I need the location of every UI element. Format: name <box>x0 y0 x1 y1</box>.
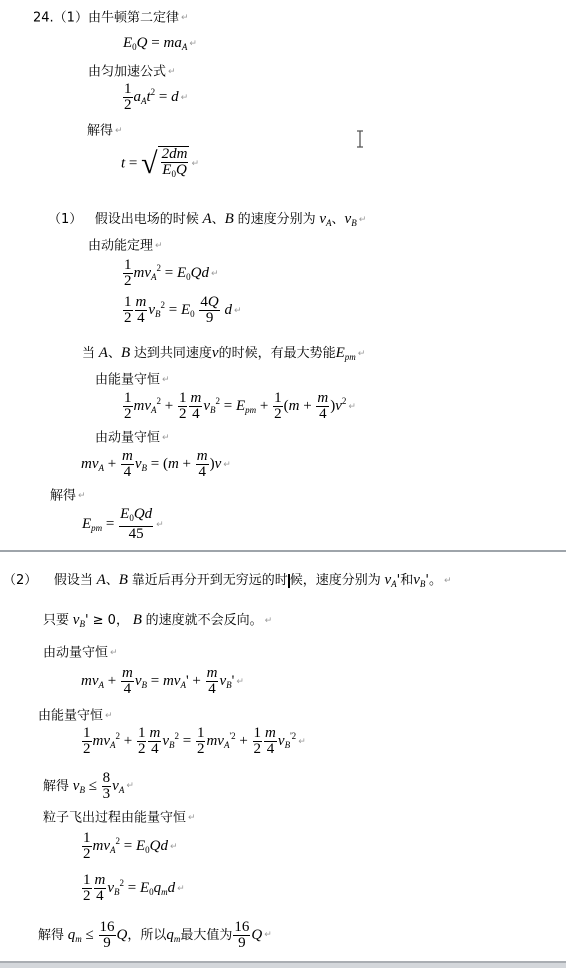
equation-energy-2: 12mvA2 + 12m4vB2 = 12mvA'2 + 12m4vB'2↵ <box>81 726 306 757</box>
text-momentum-conservation-1: 由动量守恒↵ <box>95 430 170 447</box>
text: ' ≥ 0， <box>85 613 129 628</box>
paragraph-mark: ↵ <box>298 737 306 747</box>
text-exit-energy: 粒子飞出过程由能量守恒↵ <box>43 810 196 827</box>
equation-energy-1: 12mvA2 + 12m4vB2 = Epm + 12(m + m4)v2↵ <box>122 391 356 422</box>
question-heading: 24.（1）由牛顿第二定律↵ <box>33 10 189 27</box>
paragraph-mark: ↵ <box>162 433 170 443</box>
paragraph-mark: ↵ <box>110 648 118 658</box>
part-label: （2） <box>3 573 37 588</box>
equation-time: t = √2dmE0Q↵ <box>121 146 199 182</box>
paragraph-mark: ↵ <box>188 813 196 823</box>
bottom-scroll-edge <box>0 961 566 968</box>
common-velocity-line: 当 A、B 达到共同速度v的时候，有最大势能Epm↵ <box>82 344 365 366</box>
text: 只要 <box>43 613 69 628</box>
paragraph-mark: ↵ <box>211 269 219 279</box>
heading-text: 24.（1）由牛顿第二定律 <box>33 11 179 26</box>
equation-momentum-1: mvA + m4vB = (m + m4)v↵ <box>81 449 231 480</box>
text-momentum-conservation-2: 由动量守恒↵ <box>43 645 118 662</box>
text: 候，速度分别为 <box>290 573 381 588</box>
equation-exit-a: 12mvA2 = E0Qd↵ <box>81 831 178 862</box>
text-solve-2: 解得↵ <box>50 488 86 505</box>
numerator: 16 <box>99 920 116 936</box>
paragraph-mark: ↵ <box>105 711 113 721</box>
part2-assumption-line[interactable]: （2） 假设当 A、B 靠近后再分开到无穷远的时候，速度分别为 vA'和vB'。… <box>3 571 452 593</box>
text-cursor-ibeam-icon <box>355 130 365 148</box>
text: 解得 <box>43 779 69 794</box>
part-label: （1） <box>48 212 82 227</box>
paragraph-mark: ↵ <box>177 884 185 894</box>
label-text: 由能量守恒 <box>38 709 103 724</box>
text: 达到共同速度 <box>134 346 212 361</box>
paragraph-mark: ↵ <box>236 677 244 687</box>
paragraph-mark: ↵ <box>444 576 452 586</box>
paragraph-mark: ↵ <box>234 306 242 316</box>
label-text: 解得 <box>50 489 76 504</box>
text-solve-1: 解得↵ <box>87 123 123 140</box>
text: 的速度就不会反向。 <box>146 613 263 628</box>
text: 的时候，有最大势能 <box>219 346 336 361</box>
inequality-line: 解得 vB ≤ 83vA↵ <box>43 771 134 802</box>
equation-epm-result: Epm = E0Qd45↵ <box>82 507 164 542</box>
condition-line: 只要 vB' ≥ 0， B 的速度就不会反向。↵ <box>43 611 272 633</box>
text: 的速度分别为 <box>238 212 316 227</box>
paragraph-mark: ↵ <box>265 616 273 626</box>
text: 假设出电场的时候 <box>95 212 199 227</box>
text-uniform-accel: 由匀加速公式↵ <box>88 64 176 81</box>
text: 当 <box>82 346 95 361</box>
paragraph-mark: ↵ <box>168 67 176 77</box>
text: '和 <box>397 573 414 588</box>
label-text: 由动量守恒 <box>95 431 160 446</box>
paragraph-mark: ↵ <box>155 241 163 251</box>
equation-momentum-2: mvA + m4vB = mvA' + m4vB'↵ <box>81 666 244 697</box>
text-kinetic-theorem: 由动能定理↵ <box>88 238 163 255</box>
equation-exit-b: 12m4vB2 = E0qmd↵ <box>81 873 185 904</box>
paragraph-mark: ↵ <box>359 215 367 225</box>
label-text: 由动量守恒 <box>43 646 108 661</box>
text: ，所以 <box>127 928 166 943</box>
paragraph-mark: ↵ <box>223 460 231 470</box>
paragraph-mark: ↵ <box>170 842 178 852</box>
text-energy-conservation-2: 由能量守恒↵ <box>38 708 113 725</box>
equation-kinematics: 12aAt2 = d↵ <box>122 82 188 113</box>
text: 最大值为 <box>180 928 232 943</box>
text: 假设当 <box>54 573 93 588</box>
paragraph-mark: ↵ <box>358 349 366 359</box>
assumption-line: （1） 假设出电场的时候 A、B 的速度分别为 vA、vB↵ <box>48 210 366 232</box>
paragraph-mark: ↵ <box>162 375 170 385</box>
label-text: 解得 <box>87 124 113 139</box>
paragraph-mark: ↵ <box>181 93 189 103</box>
paragraph-mark: ↵ <box>181 13 189 23</box>
denominator: 9 <box>99 936 116 951</box>
text: 靠近后再分开到无穷远的时 <box>132 573 288 588</box>
label-text: 由动能定理 <box>88 239 153 254</box>
paragraph-mark: ↵ <box>126 781 134 791</box>
paragraph-mark: ↵ <box>115 126 123 136</box>
text-energy-conservation-1: 由能量守恒↵ <box>95 372 170 389</box>
paragraph-mark: ↵ <box>78 491 86 501</box>
paragraph-mark: ↵ <box>156 520 164 530</box>
equation-ke-b: 12m4vB2 = E0 4Q9 d↵ <box>122 295 242 326</box>
equation-ke-a: 12mvA2 = E0Qd↵ <box>122 258 219 289</box>
label-text: 由能量守恒 <box>95 373 160 388</box>
text: 解得 <box>38 928 64 943</box>
paragraph-mark: ↵ <box>264 930 272 940</box>
paragraph-mark: ↵ <box>189 39 197 49</box>
final-answer-line: 解得 qm ≤ 169Q，所以qm最大值为169Q↵ <box>38 920 272 951</box>
paragraph-mark: ↵ <box>348 402 356 412</box>
label-text: 粒子飞出过程由能量守恒 <box>43 811 186 826</box>
section-divider <box>0 550 566 552</box>
text: '。 <box>425 573 442 588</box>
paragraph-mark: ↵ <box>191 159 199 169</box>
label-text: 由匀加速公式 <box>88 65 166 80</box>
equation-newton: E0Q = maA↵ <box>123 34 197 56</box>
